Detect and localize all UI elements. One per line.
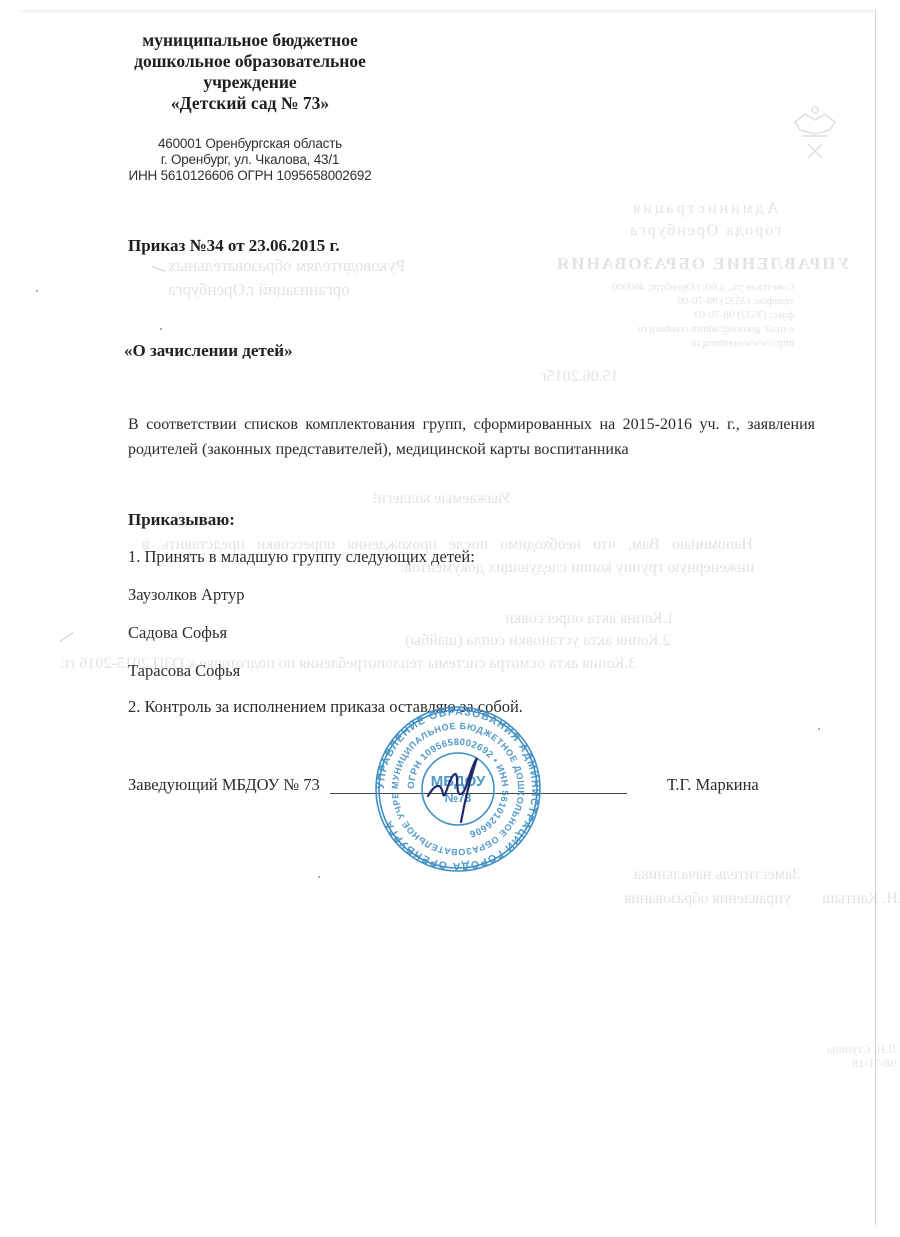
scan-speck <box>36 290 38 292</box>
bleed-line: 1.Копия акта опрессовки <box>505 610 674 628</box>
organization-name: муниципальное бюджетное дошкольное образ… <box>100 30 400 114</box>
bleed-line: 2.Копия акта установки сопла (шайбы) <box>405 632 670 650</box>
handwritten-signature <box>428 758 477 822</box>
official-stamp: УПРАВЛЕНИЕ ОБРАЗОВАНИЯ АДМИНИСТРАЦИИ ГОР… <box>373 704 543 874</box>
address-line: г. Оренбург, ул. Чкалова, 43/1 <box>100 152 400 168</box>
organization-address: 460001 Оренбургская область г. Оренбург,… <box>100 136 400 184</box>
scan-speck <box>160 328 162 330</box>
order-basis: В соответствии списков комплектования гр… <box>128 412 815 462</box>
document-page: Администрация города Оренбурга УПРАВЛЕНИ… <box>0 0 900 1237</box>
bleed-line: Уважаемые коллеги! <box>372 490 511 508</box>
bleed-executor: Л.Н. Ступина98-71-18 <box>827 1042 896 1070</box>
child-name: Заузолков Артур <box>128 585 244 605</box>
bleed-line: Администрация <box>630 200 778 218</box>
decree-label: Приказываю: <box>128 510 235 530</box>
bleed-line: 15.06.2015г <box>540 368 619 386</box>
scan-scratch <box>152 266 165 272</box>
bleed-line: УПРАВЛЕНИЕ ОБРАЗОВАНИЯ <box>555 254 850 274</box>
coat-of-arms-icon <box>780 100 850 170</box>
child-name: Тарасова Софья <box>128 661 240 681</box>
bleed-line: Заместитель начальника <box>634 866 800 884</box>
scan-top-edge <box>20 10 875 14</box>
child-name: Садова Софья <box>128 623 227 643</box>
bleed-address-block: Советская ул., д.60, г.Оренбург, 460000 … <box>612 280 794 350</box>
address-line: 460001 Оренбургская область <box>100 136 400 152</box>
scan-speck <box>818 728 820 730</box>
bleed-line: Руководителям образовательных <box>168 256 405 276</box>
bleed-line: организаций г.Оренбурга <box>168 280 350 300</box>
organization-line: «Детский сад № 73» <box>100 93 400 114</box>
scan-speck <box>318 876 320 878</box>
registration-numbers: ИНН 5610126606 ОГРН 1095658002692 <box>100 168 400 184</box>
bleed-line: управления образования <box>624 890 791 908</box>
bleed-line: города Оренбурга <box>628 222 781 240</box>
order-subject: «О зачислении детей» <box>124 341 293 361</box>
organization-line: дошкольное образовательное <box>100 51 400 72</box>
bleed-signature-name: Н.Н. Кантыш <box>822 890 900 908</box>
scan-scratch <box>60 632 74 642</box>
organization-line: муниципальное бюджетное <box>100 30 400 51</box>
signatory-name: Т.Г. Маркина <box>667 775 759 795</box>
organization-line: учреждение <box>100 72 400 93</box>
order-title: Приказ №34 от 23.06.2015 г. <box>128 236 340 256</box>
order-item-1: 1. Принять в младшую группу следующих де… <box>128 547 475 567</box>
signatory-role: Заведующий МБДОУ № 73 <box>128 775 320 795</box>
